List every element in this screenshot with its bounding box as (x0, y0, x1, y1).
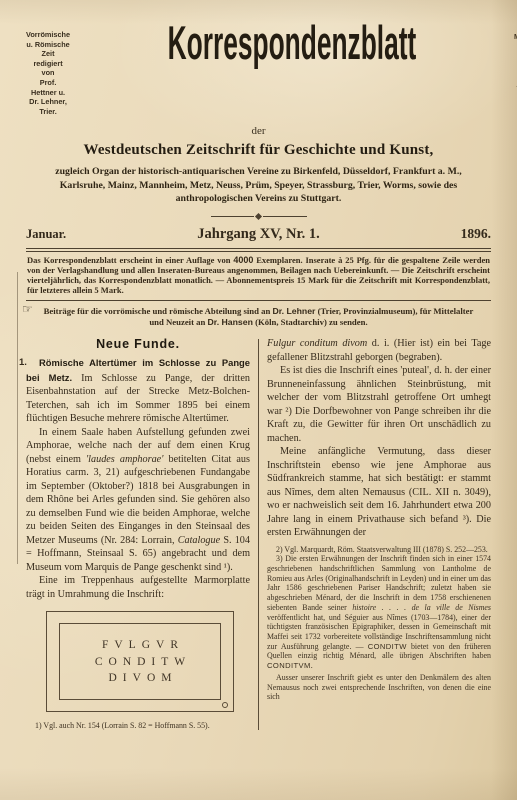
paragraph: Meine anfängliche Vermutung, dass dieser… (267, 445, 491, 540)
organ-note: zugleich Organ der historisch-antiquaris… (32, 165, 485, 205)
right-column: Fulgur conditum divom d. i. (Hier ist) e… (267, 337, 491, 730)
issue-year: 1896. (371, 226, 491, 242)
italic-phrase: Fulgur conditum divom (267, 338, 367, 349)
column-divider (258, 339, 259, 730)
notice-text: Das Korrespondenzblatt erscheint in eine… (27, 255, 233, 265)
issue-month: Januar. (26, 227, 146, 242)
left-column: Neue Funde. 1.Römische Altertümer im Sch… (26, 337, 250, 730)
ornament-line (211, 216, 255, 217)
contributor-name: Dr. Lehner (272, 306, 315, 316)
inscription-line: DIVOM (60, 670, 220, 687)
editor-left-line: Vorrömische u. Römische Zeit (26, 30, 70, 59)
editor-left-line: Prof. Hettner u. Dr. Lehner, (26, 78, 70, 107)
closing-paragraph: Ausser unserer Inschrift giebt es unter … (267, 673, 491, 702)
diamond-icon (255, 213, 262, 220)
footnote: 2) Vgl. Marquardt, Röm. Staatsverwaltung… (267, 545, 491, 555)
frame-dot (222, 702, 228, 708)
thin-rule (26, 300, 491, 301)
paragraph: In einem Saale haben Aufstellung gefunde… (26, 426, 250, 575)
editor-note-left: Vorrömische u. Römische Zeit redigiert v… (26, 22, 70, 116)
masthead-center: Korrespondenzblatt (70, 22, 514, 64)
editor-left-line: Trier. (26, 107, 70, 117)
paragraph: Fulgur conditum divom d. i. (Hier ist) e… (267, 337, 491, 364)
ornament-divider (211, 214, 307, 219)
footnote-text: . (311, 661, 313, 670)
issue-row: Januar. Jahrgang XV, Nr. 1. 1896. (26, 226, 491, 243)
italic-phrase: histoire . . . . de la ville de Nismes (352, 603, 491, 612)
footnote: 1) Vgl. auch Nr. 154 (Lorrain S. 82 = Ho… (26, 721, 250, 731)
circulation-count: 4000 (233, 255, 253, 265)
issue-volume: Jahrgang XV, Nr. 1. (146, 226, 371, 243)
paragraph: 1.Römische Altertümer im Schlosse zu Pan… (26, 356, 250, 426)
paragraph: Eine im Treppenhaus aufgestellte Marmorp… (26, 574, 250, 601)
left-margin-crease (17, 272, 18, 564)
footnote: 3) Die ersten Erwähnungen der Inschrift … (267, 554, 491, 670)
inscription-reading: CONDITVM (267, 661, 311, 670)
contribution-text: Beiträge für die vorrömische und römisch… (44, 306, 273, 316)
two-column-body: Neue Funde. 1.Römische Altertümer im Sch… (26, 337, 491, 730)
editor-left-line: redigiert von (26, 59, 70, 78)
paragraph-text: betitelten Citat aus Horatius carm. 3, 2… (26, 454, 250, 546)
inscription-reading: CONDITW (368, 642, 407, 651)
inscription-line: CONDITW (60, 654, 220, 671)
inscription-inner-frame: FVLGVR CONDITW DIVOM (59, 623, 221, 700)
italic-phrase: 'laudes amphorae' (86, 454, 163, 465)
der-label: der (26, 125, 491, 137)
inscription-frame: FVLGVR CONDITW DIVOM (46, 611, 234, 712)
publication-notice: Das Korrespondenzblatt erscheint in eine… (27, 256, 490, 296)
contribution-text: (Köln, Stadtarchiv) zu senden. (253, 317, 368, 327)
paragraph: Es ist dies die Inschrift eines 'puteal'… (267, 364, 491, 445)
page-title: Korrespondenzblatt (168, 22, 417, 64)
contributor-name: Dr. Hansen (208, 317, 253, 327)
pointing-hand-icon: ☞ (22, 304, 33, 315)
italic-phrase: Catalogue (178, 535, 220, 546)
ornament-line (263, 216, 307, 217)
scanned-journal-page: Vorrömische u. Römische Zeit redigiert v… (0, 0, 517, 800)
masthead: Vorrömische u. Römische Zeit redigiert v… (26, 22, 491, 118)
section-heading: Neue Funde. (26, 337, 250, 351)
item-number: 1. (19, 356, 27, 370)
contribution-note: ☞Beiträge für die vorrömische und römisc… (26, 306, 491, 329)
journal-title: Westdeutschen Zeitschrift für Geschichte… (26, 142, 491, 159)
inscription-line: FVLGVR (60, 637, 220, 654)
double-rule (26, 248, 491, 252)
